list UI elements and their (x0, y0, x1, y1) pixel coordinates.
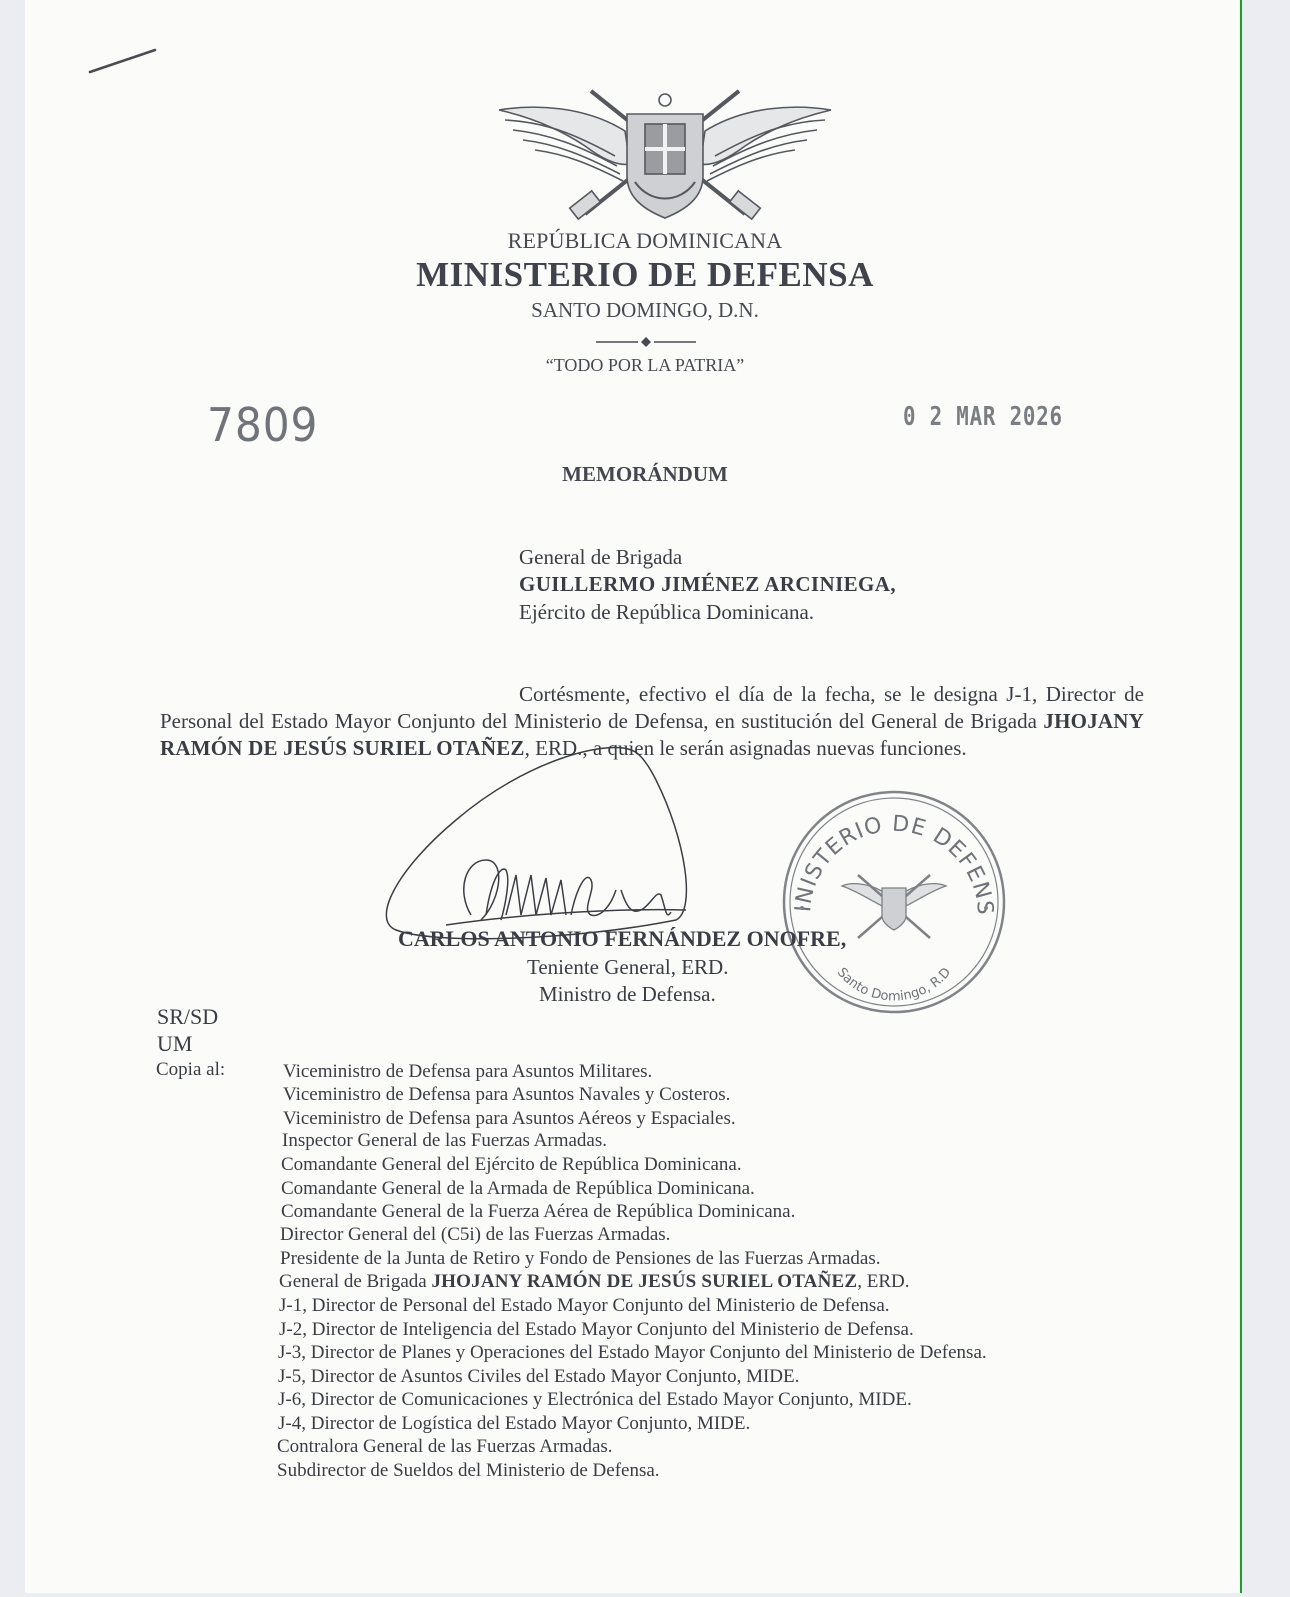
country-heading: REPÚBLICA DOMINICANA (0, 228, 1290, 254)
date-stamp: 0 2 MAR 2026 (903, 402, 1063, 432)
signatory-name: CARLOS ANTONIO FERNÁNDEZ ONOFRE, (398, 926, 846, 952)
signatory-title: Ministro de Defensa. (539, 982, 716, 1007)
addressee-name: GUILLERMO JIMÉNEZ ARCINIEGA, (519, 572, 896, 597)
addressee-rank: General de Brigada (519, 545, 682, 570)
document-number: 7809 (207, 398, 318, 452)
copy-recipient: Viceministro de Defensa para Asuntos Nav… (283, 1084, 730, 1106)
svg-text:Santo Domingo, R.D: Santo Domingo, R.D (834, 965, 954, 1004)
copy-recipient: J-5, Director de Asuntos Civiles del Est… (278, 1366, 799, 1388)
ornamental-divider (596, 337, 696, 347)
copy-recipient: Viceministro de Defensa para Asuntos Mil… (283, 1061, 652, 1083)
copy-recipient: Viceministro de Defensa para Asuntos Aér… (283, 1108, 736, 1130)
copy-recipient: J-2, Director de Inteligencia del Estado… (279, 1319, 914, 1341)
reference-typist: UM (157, 1031, 192, 1057)
copy-recipient: Presidente de la Junta de Retiro y Fondo… (280, 1248, 881, 1270)
copy-recipient: Comandante General del Ejército de Repúb… (281, 1154, 742, 1176)
copy-recipient-suffix: , ERD. (857, 1271, 909, 1292)
motto: “TODO POR LA PATRIA” (0, 355, 1290, 376)
copy-recipient-prefix: General de Brigada (279, 1271, 431, 1292)
signatory-rank: Teniente General, ERD. (527, 955, 728, 980)
reference-initials: SR/SD (157, 1004, 218, 1030)
copy-recipient: J-3, Director de Planes y Operaciones de… (278, 1342, 987, 1364)
ministry-emblem-icon (495, 86, 835, 226)
copy-recipient: General de Brigada JHOJANY RAMÓN DE JESÚ… (279, 1271, 910, 1293)
copy-recipient: Comandante General de la Armada de Repúb… (281, 1178, 755, 1200)
copy-recipient: Contralora General de las Fuerzas Armada… (277, 1436, 613, 1458)
document-page: REPÚBLICA DOMINICANA MINISTERIO DE DEFEN… (25, 0, 1242, 1593)
copy-recipient: J-1, Director de Personal del Estado May… (279, 1295, 890, 1317)
copy-recipient-bold-name: JHOJANY RAMÓN DE JESÚS SURIEL OTAÑEZ (431, 1271, 857, 1292)
copy-recipient: Subdirector de Sueldos del Ministerio de… (277, 1460, 660, 1482)
city-heading: SANTO DOMINGO, D.N. (0, 298, 1290, 323)
memo-title: MEMORÁNDUM (0, 462, 1290, 487)
addressee-branch: Ejército de República Dominicana. (519, 600, 814, 625)
seal-bottom-text: Santo Domingo, R.D (834, 965, 954, 1004)
ministry-heading: MINISTERIO DE DEFENSA (0, 255, 1290, 295)
pen-stroke-mark (87, 44, 159, 78)
copy-recipient: J-6, Director de Comunicaciones y Electr… (278, 1389, 912, 1411)
copy-recipient: Comandante General de la Fuerza Aérea de… (281, 1201, 795, 1223)
copy-label: Copia al: (156, 1059, 225, 1081)
body-text-part1: Cortésmente, efectivo el día de la fecha… (160, 682, 1144, 733)
copy-recipient: Director General del (C5i) de las Fuerza… (280, 1224, 670, 1246)
copy-recipient: J-4, Director de Logística del Estado Ma… (278, 1413, 750, 1435)
official-seal-stamp: MINISTERIO DE DEFENSA Santo Domingo, R.D (780, 790, 1008, 1015)
copy-recipient: Inspector General de las Fuerzas Armadas… (282, 1130, 607, 1152)
